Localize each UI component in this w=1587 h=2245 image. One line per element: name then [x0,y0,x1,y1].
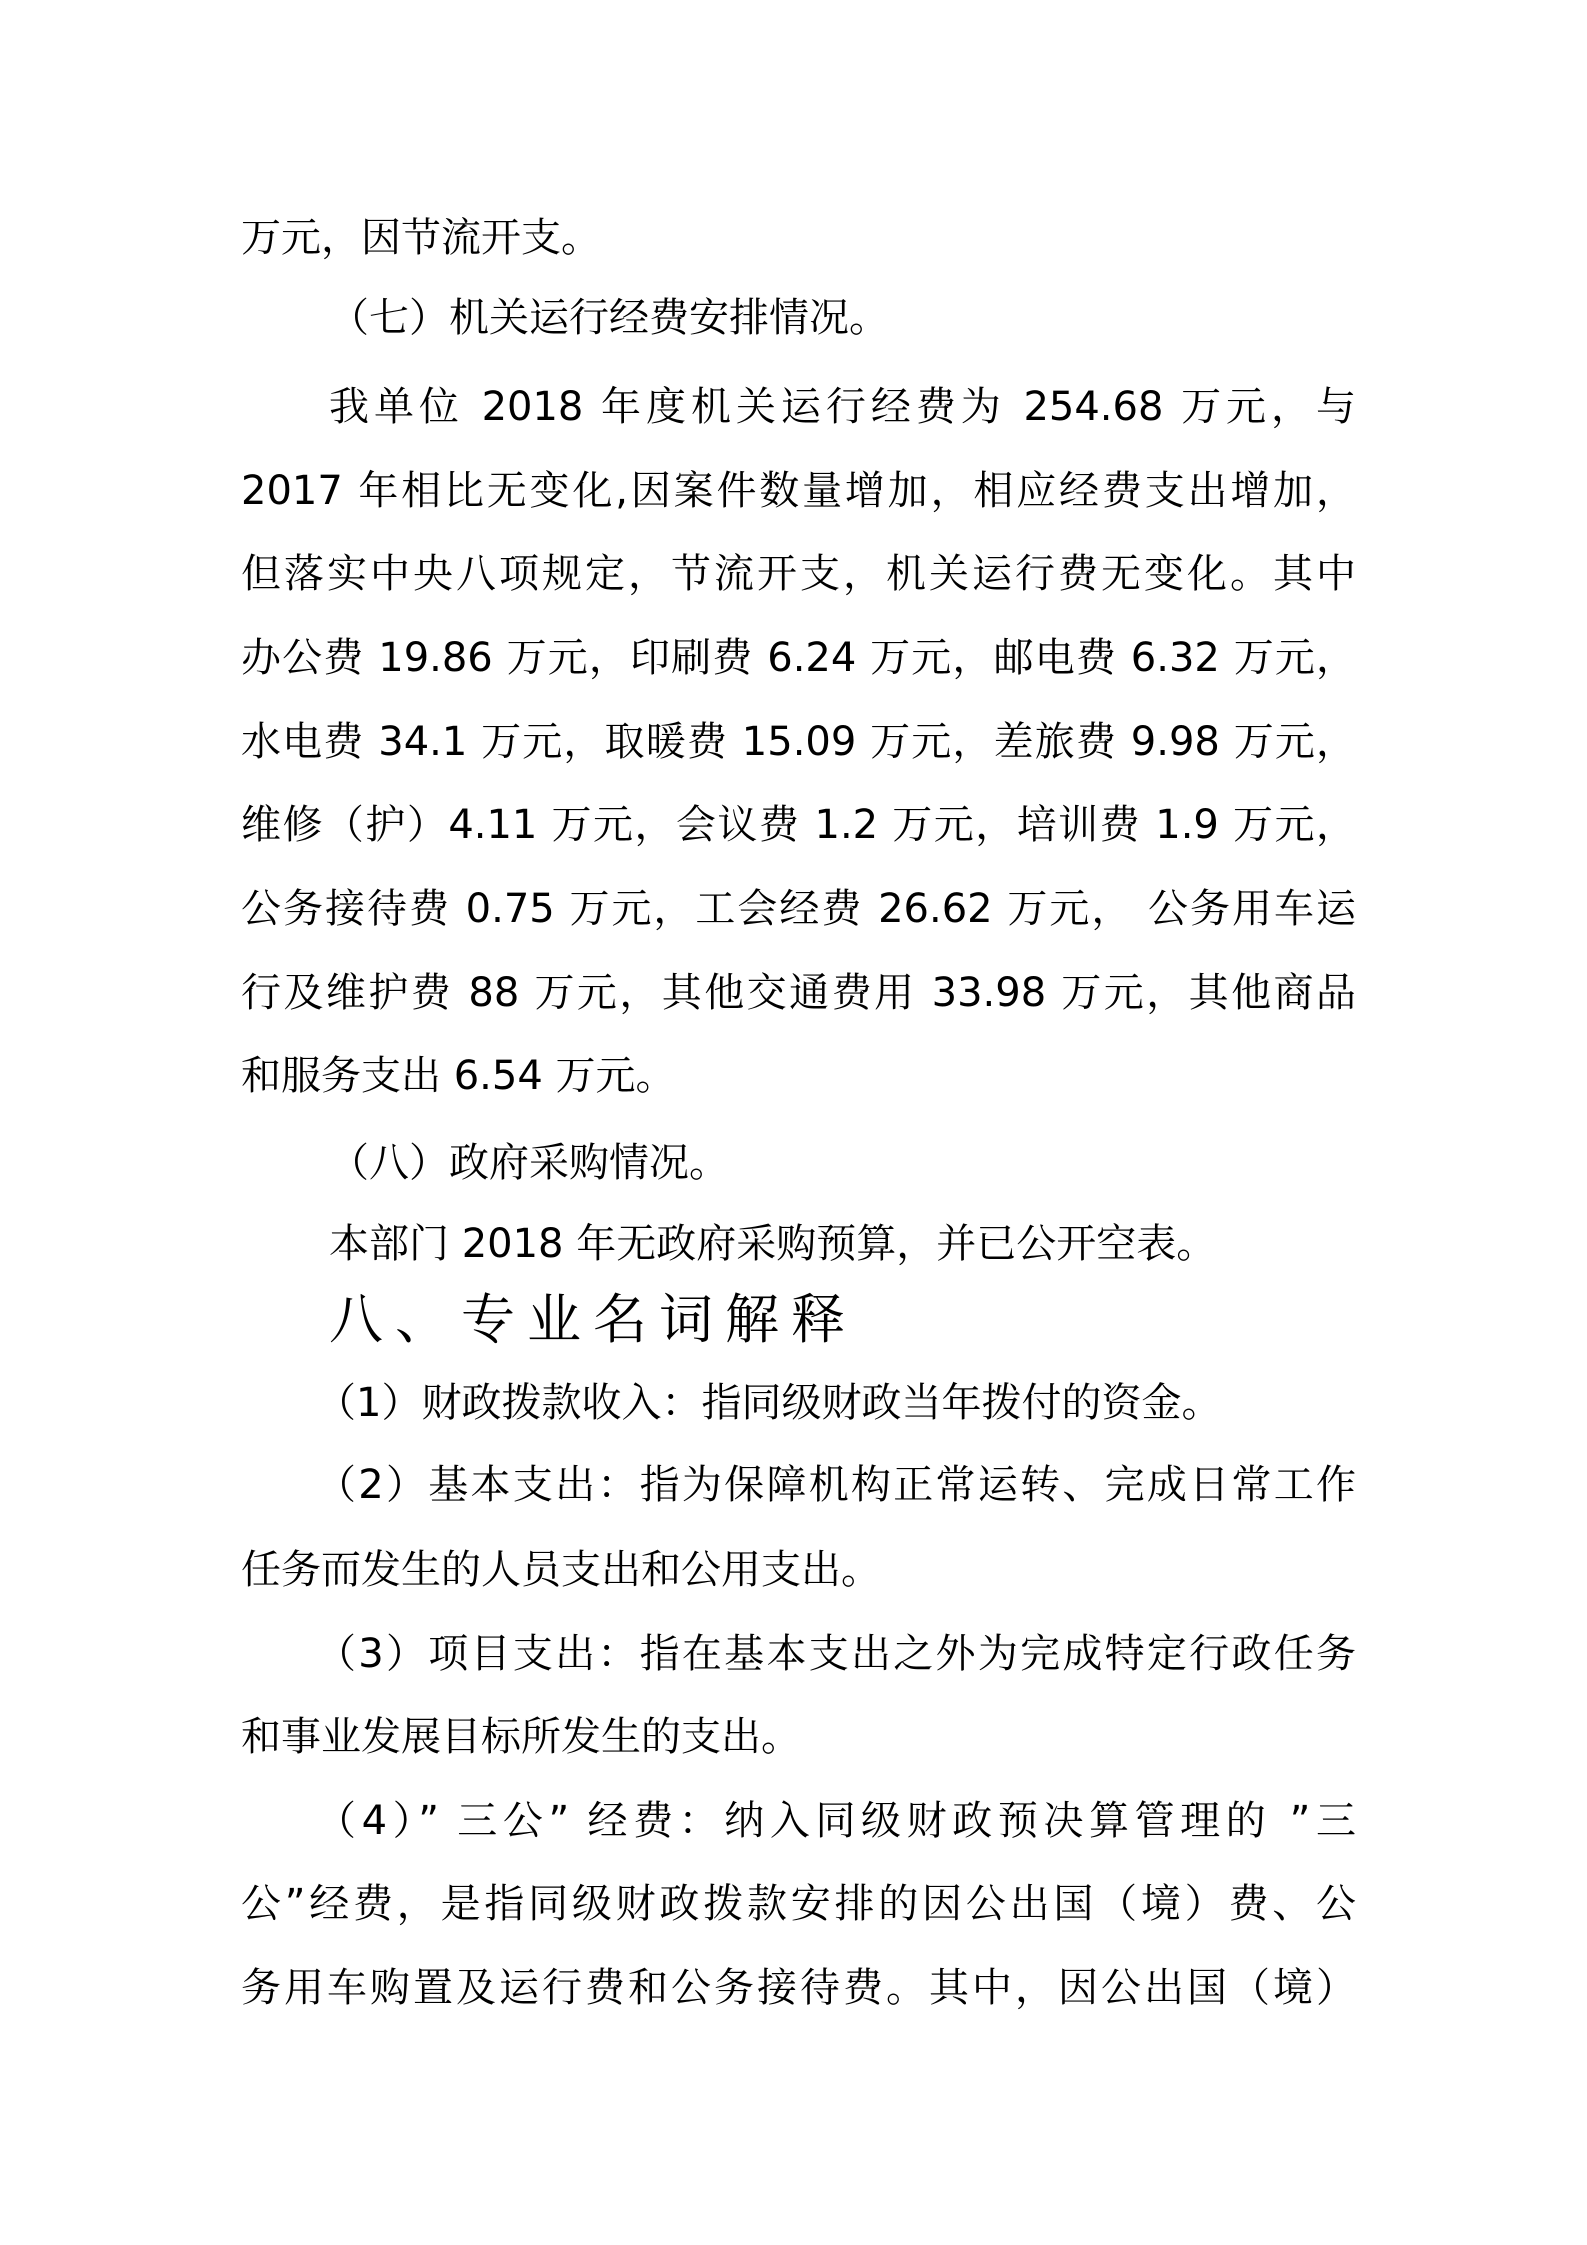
definition-item-3-continuation: 和事业发展目标所发生的支出。 [241,1707,1356,1767]
section-heading: 八、专业名词解释 [329,1280,857,1360]
definition-item-4: （4）” 三公” 经费：纳入同级财政预决算管理的 ”三 [316,1791,1356,1851]
paragraph-line: 本部门 2018 年无政府采购预算，并已公开空表。 [329,1214,1356,1274]
paragraph-line: 水电费 34.1 万元，取暖费 15.09 万元，差旅费 9.98 万元， [241,712,1356,772]
paragraph-line: 我单位 2018 年度机关运行经费为 254.68 万元，与 [329,377,1356,437]
document-page: 万元，因节流开支。 （七）机关运行经费安排情况。 我单位 2018 年度机关运行… [0,0,1587,2245]
definition-item-4-continuation: 公”经费，是指同级财政拨款安排的因公出国（境）费、公 [241,1874,1356,1934]
paragraph-line: 办公费 19.86 万元，印刷费 6.24 万元，邮电费 6.32 万元， [241,628,1356,688]
paragraph-line: 维修（护）4.11 万元，会议费 1.2 万元，培训费 1.9 万元， [241,795,1356,855]
paragraph-line: 2017 年相比无变化,因案件数量增加，相应经费支出增加， [241,461,1356,521]
paragraph-line: 行及维护费 88 万元，其他交通费用 33.98 万元，其他商品 [241,963,1356,1023]
subsection-title-8: （八）政府采购情况。 [329,1133,1356,1193]
definition-item-2-continuation: 任务而发生的人员支出和公用支出。 [241,1540,1356,1600]
definition-item-1: （1）财政拨款收入：指同级财政当年拨付的资金。 [316,1373,1356,1433]
subsection-title-7: （七）机关运行经费安排情况。 [329,288,1356,348]
paragraph-line: 但落实中央八项规定，节流开支，机关运行费无变化。其中 [241,544,1356,604]
definition-item-3: （3）项目支出：指在基本支出之外为完成特定行政任务 [316,1624,1356,1684]
paragraph-line: 和服务支出 6.54 万元。 [241,1046,1356,1106]
definition-item-4-continuation: 务用车购置及运行费和公务接待费。其中，因公出国（境） [241,1958,1356,2018]
paragraph-line: 公务接待费 0.75 万元，工会经费 26.62 万元， 公务用车运 [241,879,1356,939]
definition-item-2: （2）基本支出：指为保障机构正常运转、完成日常工作 [316,1455,1356,1515]
paragraph-line-continuation: 万元，因节流开支。 [241,208,1356,268]
